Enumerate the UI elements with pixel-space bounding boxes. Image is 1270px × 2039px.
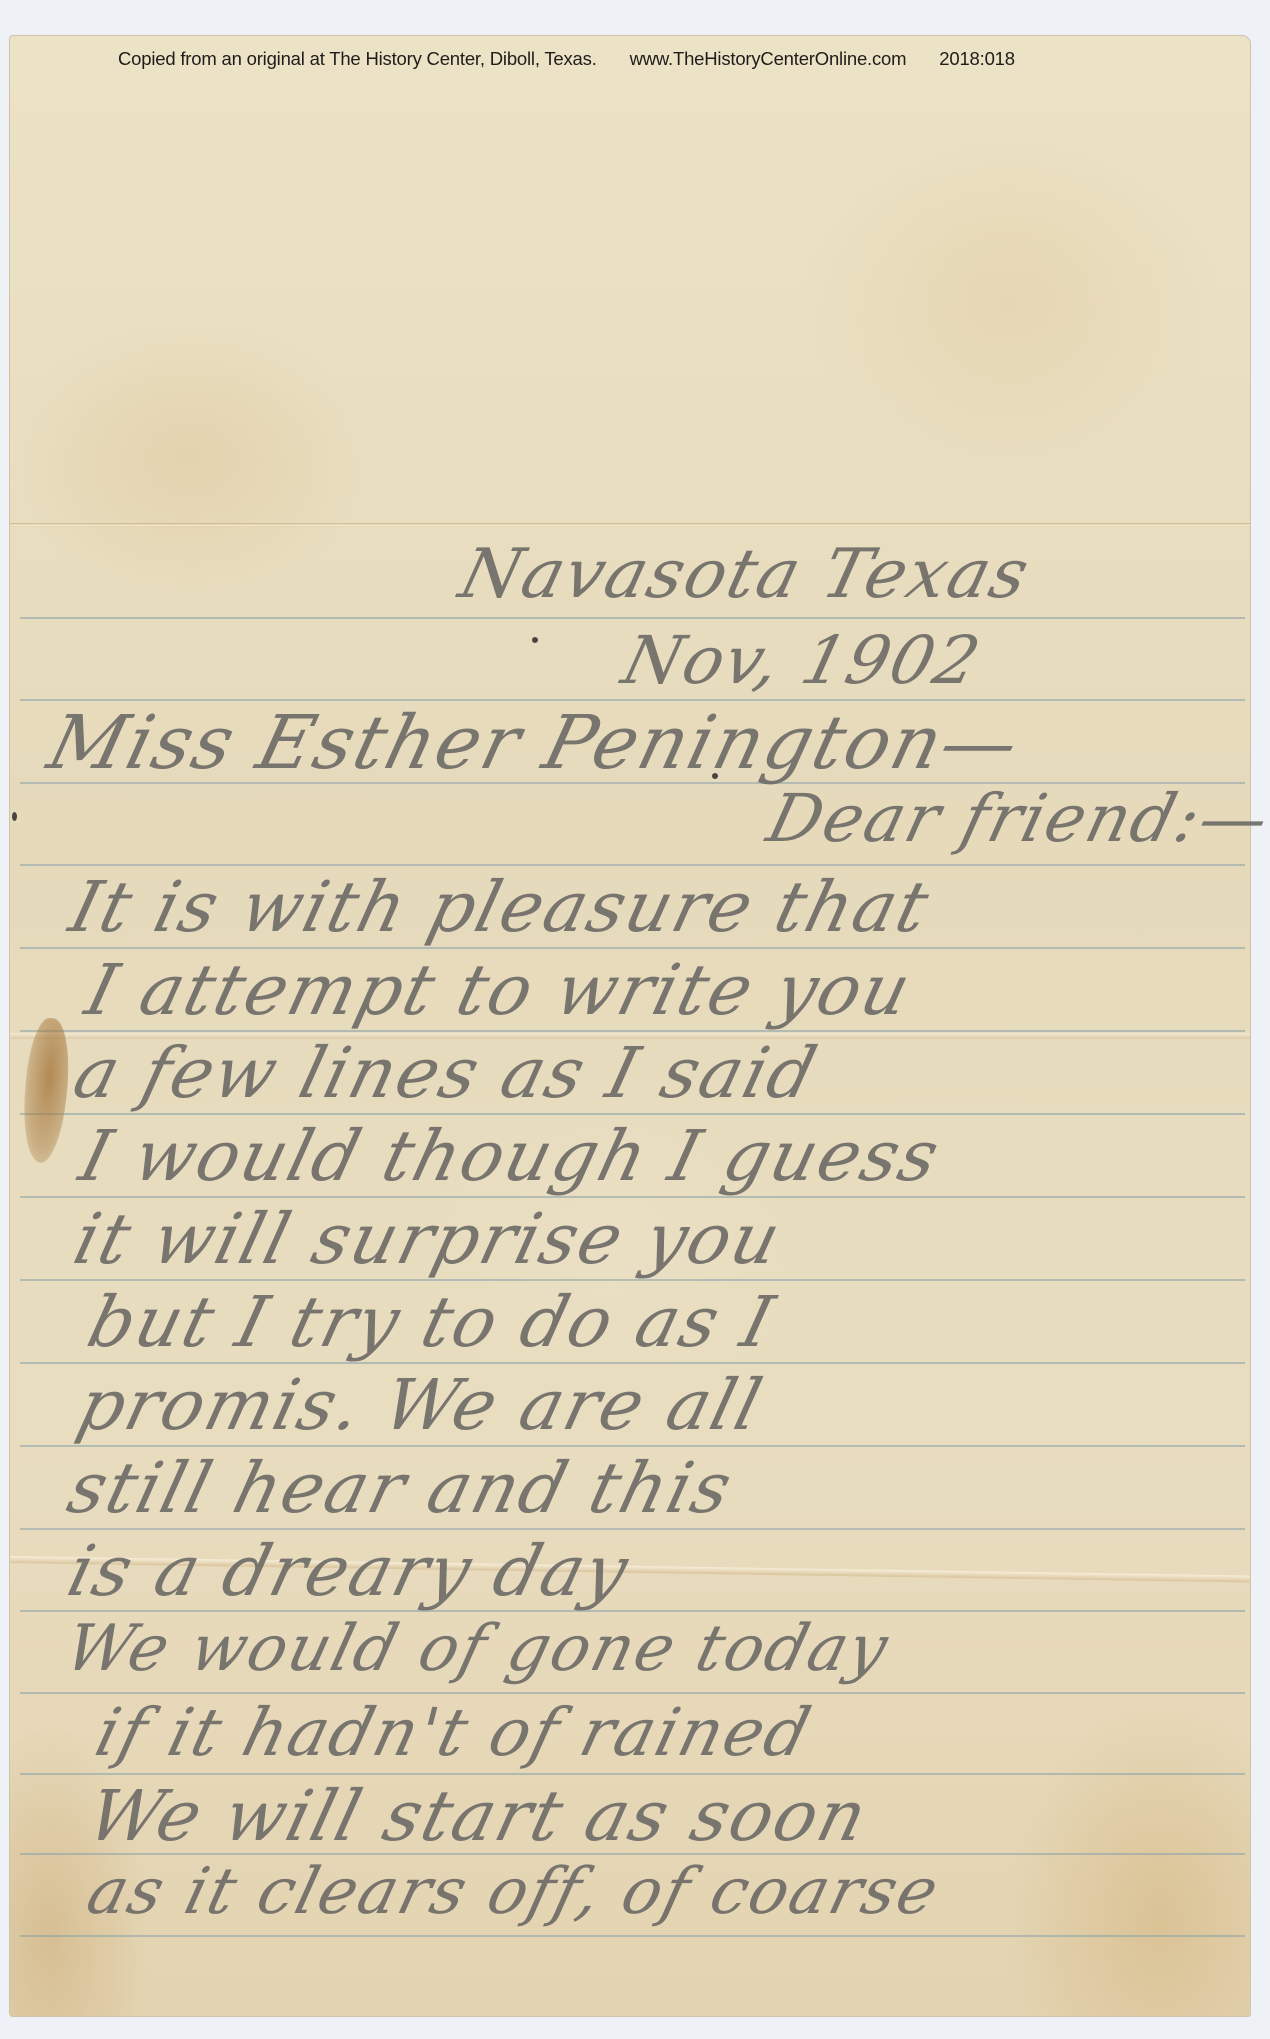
letter-line: it will surprise you [66, 1198, 790, 1280]
archive-website-text: www.TheHistoryCenterOnline.com [630, 48, 907, 69]
archive-accession-number: 2018:018 [939, 48, 1015, 69]
letter-line: It is with pleasure that [62, 866, 938, 948]
letter-salutation: Dear friend:— [760, 780, 1270, 857]
letter-line: still hear and this [60, 1447, 741, 1529]
letter-line: a few lines as I said [66, 1032, 826, 1114]
letter-line: I attempt to write you [78, 949, 920, 1031]
archive-source-text: Copied from an original at The History C… [118, 48, 597, 69]
letter-line: I would though I guess [72, 1115, 949, 1197]
letter-date: Nov, 1902 [615, 622, 989, 699]
letter-recipient: Miss Esther Penington— [40, 700, 1029, 786]
archive-header-note: Copied from an original at The History C… [118, 48, 1043, 70]
ruled-line [20, 617, 1245, 619]
letter-line: is a dreary day [60, 1530, 638, 1612]
ruled-line [20, 1935, 1245, 1937]
ink-speck [532, 637, 538, 643]
letter-line: as it clears off, of coarse [80, 1855, 947, 1929]
letter-line: promis. We are all [70, 1364, 771, 1446]
letter-place: Navasota Texas [452, 535, 1038, 614]
letter-line: We would of gone today [58, 1612, 897, 1686]
letter-line: but I try to do as I [80, 1281, 783, 1363]
ink-speck [12, 812, 17, 821]
letter-line: if it hadn't of rained [88, 1694, 820, 1771]
letter-line: We will start as soon [80, 1775, 877, 1857]
fold-crease-top [10, 523, 1250, 527]
